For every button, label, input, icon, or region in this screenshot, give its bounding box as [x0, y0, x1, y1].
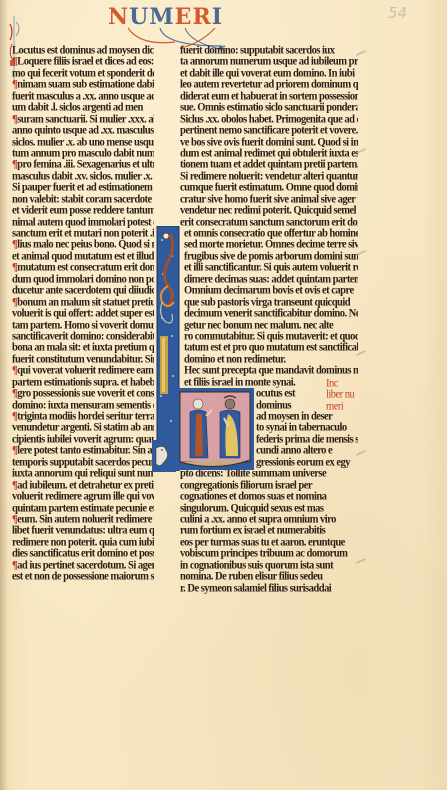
text-line: cognationes et domos suas et nomina [180, 490, 358, 503]
text-line: r. De symeon salamiel filius surisaddai [180, 582, 358, 595]
text-line: est et non de possessione maiorum sancti… [12, 570, 154, 583]
text-line: vendetur nec redimi poterit. Quicquid se… [180, 204, 358, 217]
text-line: pertinent nemo sanctificare poterit et v… [180, 124, 358, 137]
right-text-column: fuerit domino: supputabit sacerdos iuxta… [180, 45, 358, 594]
rubricated-capital: ¶ [12, 239, 17, 251]
text-line: anno quinto usque ad .xx. masculus dabit… [12, 124, 154, 137]
folio-number: 54 [388, 4, 407, 22]
rubricated-capital: ¶ [12, 56, 17, 68]
text-line: voluerit redimere agrum ille qui voverat… [12, 490, 154, 503]
left-text-column: Locutus est dominus ad moysen dicens:¶Lo… [12, 45, 154, 583]
text-line: voluerit is qui offert: addet super esti… [12, 307, 154, 320]
rubricated-capital: ¶ [12, 79, 17, 91]
grotesque-beast-icon [150, 440, 176, 472]
text-line: et viderit eum posse reddere tantum dabi… [12, 204, 154, 217]
rubricated-capital: ¶ [12, 159, 17, 171]
rubricated-capital: ¶ [12, 262, 17, 274]
text-line: ¶gro possessionis sue voverit et consecr… [12, 387, 154, 400]
text-line: decimum venerit sanctificabitur domino. … [180, 307, 358, 320]
rubricated-capital: ¶ [12, 365, 17, 377]
text-line: nomina. De ruben elisur filius sedeu [180, 570, 358, 583]
miniature-two-figures [176, 388, 254, 470]
gutter-shadow [0, 0, 8, 790]
rubricated-capital: ¶ [12, 387, 17, 399]
rubricated-capital: ¶ [12, 445, 17, 457]
